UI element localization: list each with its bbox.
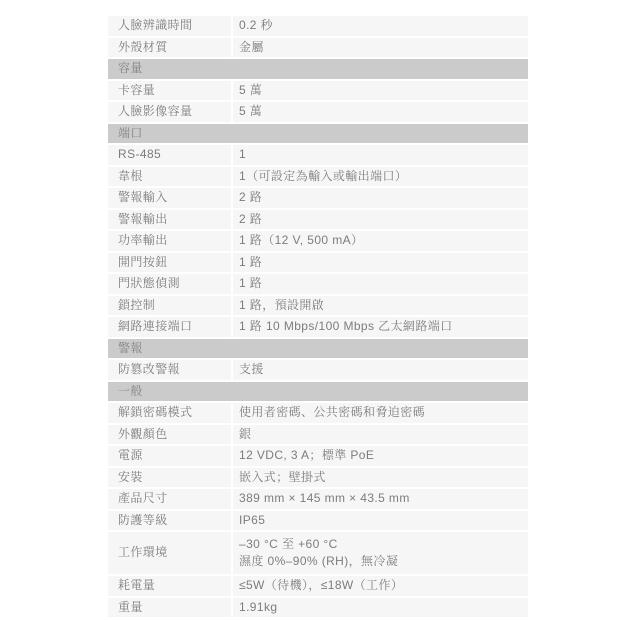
spec-row: 重量1.91kg [108,598,528,618]
spec-label: 解鎖密碼模式 [108,403,231,423]
spec-row: 防篡改警報支援 [108,360,528,380]
spec-row: 解鎖密碼模式使用者密碼、公共密碼和脅迫密碼 [108,403,528,423]
spec-value: 5 萬 [233,102,528,122]
spec-value: 1 路 [233,274,528,294]
section-title: 端口 [118,127,143,141]
spec-row: 卡容量5 萬 [108,81,528,101]
spec-label: 開門按鈕 [108,253,231,273]
spec-row: 功率輸出1 路（12 V, 500 mA） [108,231,528,251]
spec-value: 5 萬 [233,81,528,101]
spec-row: 警報輸入2 路 [108,188,528,208]
spec-label: 人臉影像容量 [108,102,231,122]
spec-label: 耗電量 [108,576,231,596]
spec-value: 支援 [233,360,528,380]
spec-label: 韋根 [108,167,231,187]
spec-row: 門狀態偵測1 路 [108,274,528,294]
spec-label: 工作環境 [108,532,231,574]
spec-row: 工作環境–30 °C 至 +60 °C 濕度 0%–90% (RH)，無冷凝 [108,532,528,574]
spec-value: 0.2 秒 [233,16,528,36]
spec-row: 網路連接端口1 路 10 Mbps/100 Mbps 乙太網路端口 [108,317,528,337]
spec-label: 功率輸出 [108,231,231,251]
spec-label: 網路連接端口 [108,317,231,337]
spec-label: 產品尺寸 [108,489,231,509]
spec-row: 人臉影像容量5 萬 [108,102,528,122]
spec-value: 2 路 [233,188,528,208]
spec-value: ≤5W（待機），≤18W（工作） [233,576,528,596]
spec-value: 金屬 [233,38,528,58]
spec-value: 使用者密碼、公共密碼和脅迫密碼 [233,403,528,423]
spec-label: 重量 [108,598,231,618]
spec-row: 韋根1（可設定為輸入或輸出端口） [108,167,528,187]
spec-value: 1（可設定為輸入或輸出端口） [233,167,528,187]
spec-row: 耗電量≤5W（待機），≤18W（工作） [108,576,528,596]
spec-label: 防護等級 [108,511,231,531]
spec-label: 警報輸出 [108,210,231,230]
section-header-row: 端口 [108,124,528,144]
spec-table: 人臉辨識時間0.2 秒外殼材質金屬容量卡容量5 萬人臉影像容量5 萬端口RS-4… [108,16,528,619]
spec-value: 1 路（12 V, 500 mA） [233,231,528,251]
spec-value: 1 路，預設開啟 [233,296,528,316]
spec-label: RS-485 [108,145,231,165]
spec-value: 1.91kg [233,598,528,618]
spec-value: 1 路 10 Mbps/100 Mbps 乙太網路端口 [233,317,528,337]
spec-value: 12 VDC, 3 A；標準 PoE [233,446,528,466]
section-title: 一般 [118,385,143,399]
spec-label: 外殼材質 [108,38,231,58]
spec-value: 2 路 [233,210,528,230]
section-header-row: 一般 [108,382,528,402]
spec-row: 外觀顏色銀 [108,425,528,445]
spec-label: 電源 [108,446,231,466]
spec-label: 安裝 [108,468,231,488]
spec-row: 電源12 VDC, 3 A；標準 PoE [108,446,528,466]
spec-row: 鎖控制1 路，預設開啟 [108,296,528,316]
spec-value: 銀 [233,425,528,445]
spec-label: 門狀態偵測 [108,274,231,294]
spec-label: 外觀顏色 [108,425,231,445]
spec-row: RS-4851 [108,145,528,165]
spec-label: 人臉辨識時間 [108,16,231,36]
spec-label: 防篡改警報 [108,360,231,380]
spec-value: 1 路 [233,253,528,273]
spec-row: 開門按鈕1 路 [108,253,528,273]
section-header-row: 容量 [108,59,528,79]
spec-value: 389 mm × 145 mm × 43.5 mm [233,489,528,509]
section-title: 警報 [118,342,143,356]
spec-row: 警報輸出2 路 [108,210,528,230]
spec-value: –30 °C 至 +60 °C 濕度 0%–90% (RH)，無冷凝 [233,532,528,574]
spec-row: 外殼材質金屬 [108,38,528,58]
section-title: 容量 [118,62,143,76]
spec-label: 鎖控制 [108,296,231,316]
section-header-row: 警報 [108,339,528,359]
spec-row: 人臉辨識時間0.2 秒 [108,16,528,36]
spec-value: IP65 [233,511,528,531]
spec-row: 防護等級IP65 [108,511,528,531]
spec-label: 警報輸入 [108,188,231,208]
spec-value: 1 [233,145,528,165]
spec-row: 安裝嵌入式；壁掛式 [108,468,528,488]
spec-row: 產品尺寸389 mm × 145 mm × 43.5 mm [108,489,528,509]
spec-label: 卡容量 [108,81,231,101]
spec-value: 嵌入式；壁掛式 [233,468,528,488]
